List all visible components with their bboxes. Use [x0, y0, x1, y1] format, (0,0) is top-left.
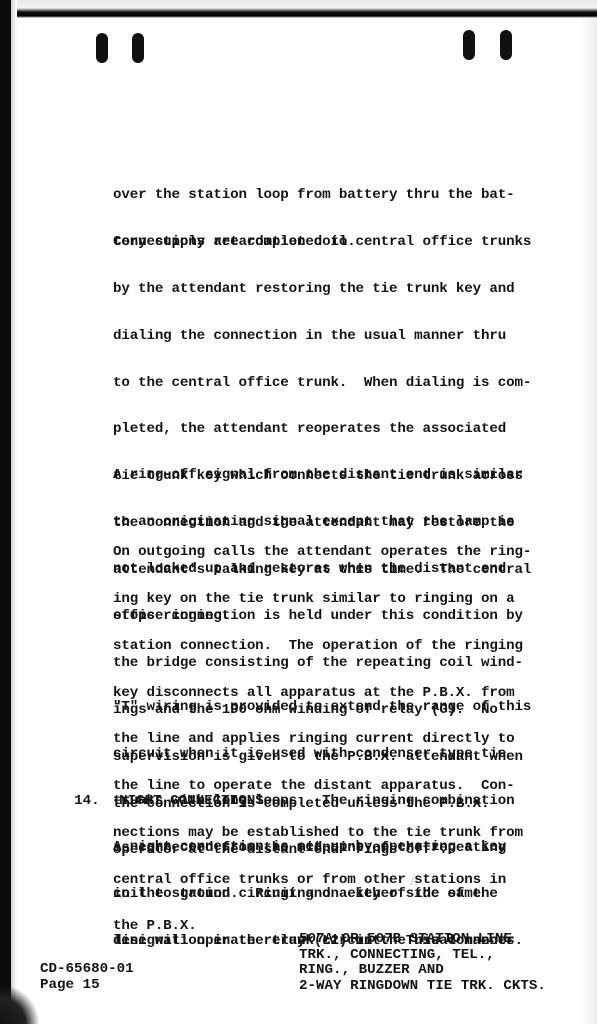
text-line: over the station loop from battery thru … — [113, 188, 583, 204]
section-title: NIGHT CONNECTIONS — [119, 793, 264, 809]
circuit-title-line: TRK., CONNECTING, TEL., — [299, 948, 546, 964]
footer-document-info: CD-65680-01 Page 15 — [40, 962, 134, 993]
text-line: A night connection is set up by operatin… — [113, 840, 583, 856]
punch-hole-icon — [132, 33, 144, 63]
text-line: On outgoing calls the attendant operates… — [113, 545, 583, 561]
document-page: over the station loop from battery thru … — [0, 0, 597, 1024]
footer-circuit-title: 507A OR 507B STATION LINE TRK., CONNECTI… — [299, 932, 546, 994]
text-line: A ring-off signal from the distant end i… — [113, 468, 583, 484]
text-line: station connection. The operation of the… — [113, 639, 583, 655]
section-number: 14. — [74, 794, 119, 810]
circuit-title-line: 507A OR 507B STATION LINE — [299, 932, 546, 948]
punch-hole-icon — [500, 30, 512, 60]
page-number: Page 15 — [40, 978, 134, 994]
scan-left-shadow — [11, 0, 17, 1024]
text-line: "T" wiring is provided to extend the ran… — [113, 700, 583, 716]
text-line: circuit when it is used with condenser t… — [113, 747, 583, 763]
text-line: ing key on the tie trunk similar to ring… — [113, 592, 583, 608]
scan-corner-shadow — [0, 984, 40, 1024]
text-line: dialing the connection in the usual mann… — [113, 329, 583, 345]
scan-top-edge — [0, 0, 597, 18]
circuit-title-line: 2-WAY RINGDOWN TIE TRK. CKTS. — [299, 979, 546, 995]
text-line: Connections are completed to central off… — [113, 235, 583, 251]
scan-left-edge — [0, 0, 11, 1024]
text-line: in the station circuit and a key of the … — [113, 887, 583, 903]
circuit-title-line: RING., BUZZER AND — [299, 963, 546, 979]
document-number: CD-65680-01 — [40, 962, 134, 978]
punch-hole-icon — [463, 30, 475, 60]
text-line: to the central office trunk. When dialin… — [113, 376, 583, 392]
text-line: pleted, the attendant reoperates the ass… — [113, 422, 583, 438]
punch-hole-icon — [96, 33, 108, 63]
text-line: by the attendant restoring the tie trunk… — [113, 282, 583, 298]
